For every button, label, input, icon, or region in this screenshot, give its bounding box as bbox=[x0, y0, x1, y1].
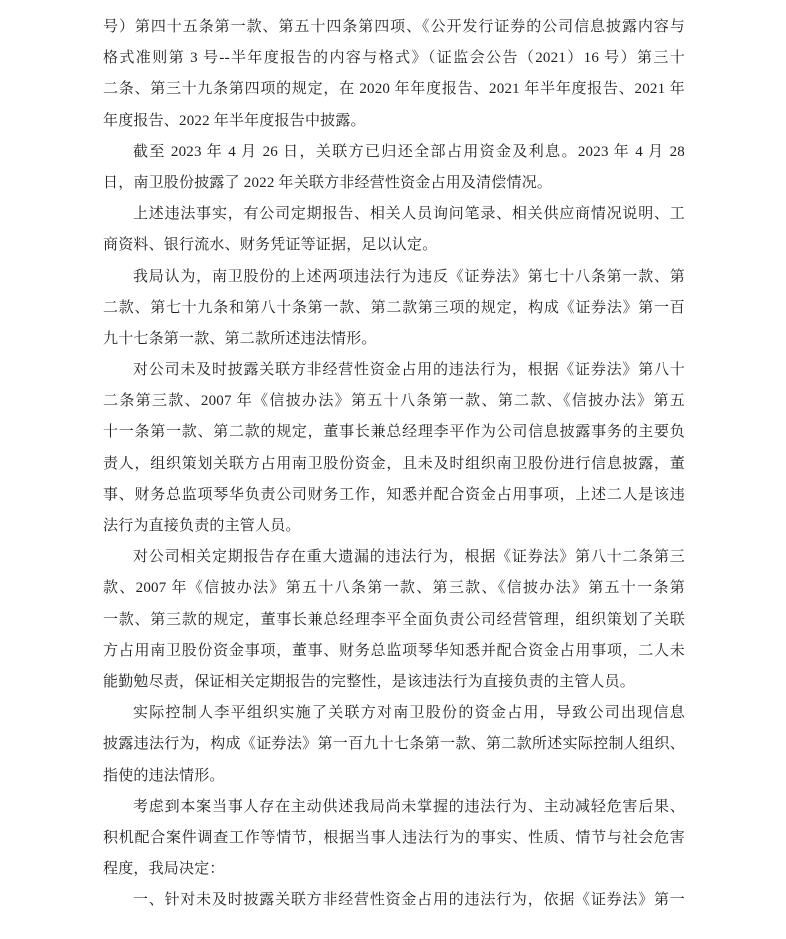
document-line: 年度报告、2022 年半年度报告中披露。 bbox=[103, 106, 685, 137]
paragraph: 对公司相关定期报告存在重大遗漏的违法行为，根据《证券法》第八十二条第三 款、20… bbox=[103, 542, 685, 698]
document-line: 方占用南卫股份资金事项，董事、财务总监项琴华知悉并配合资金占用事项，二人未 bbox=[103, 636, 685, 667]
document-line: 我局认为，南卫股份的上述两项违法行为违反《证券法》第七十八条第一款、第 bbox=[103, 262, 685, 293]
document-line: 实际控制人李平组织实施了关联方对南卫股份的资金占用，导致公司出现信息 bbox=[103, 698, 685, 729]
document-line: 指使的违法情形。 bbox=[103, 761, 685, 792]
document-line: 商资料、银行流水、财务凭证等证据，足以认定。 bbox=[103, 230, 685, 261]
paragraph: 截至 2023 年 4 月 26 日，关联方已归还全部占用资金及利息。2023 … bbox=[103, 137, 685, 199]
document-line: 号）第四十五条第一款、第五十四条第四项、《公开发行证券的公司信息披露内容与 bbox=[103, 12, 685, 43]
document-line: 程度，我局决定： bbox=[103, 854, 685, 885]
document-line: 二款、第七十九条和第八十条第一款、第二款第三项的规定，构成《证券法》第一百 bbox=[103, 293, 685, 324]
paragraph: 对公司未及时披露关联方非经营性资金占用的违法行为，根据《证券法》第八十 二条第三… bbox=[103, 355, 685, 542]
document-line: 截至 2023 年 4 月 26 日，关联方已归还全部占用资金及利息。2023 … bbox=[103, 137, 685, 168]
document-line: 法行为直接负责的主管人员。 bbox=[103, 511, 685, 542]
paragraph: 考虑到本案当事人存在主动供述我局尚未掌握的违法行为、主动减轻危害后果、 积机配合… bbox=[103, 792, 685, 886]
paragraph: 一、针对未及时披露关联方非经营性资金占用的违法行为，依据《证券法》第一 bbox=[103, 885, 685, 916]
document-line: 一款、第三款的规定，董事长兼总经理李平全面负责公司经营管理，组织策划了关联 bbox=[103, 605, 685, 636]
document-line: 责人，组织策划关联方占用南卫股份资金，且未及时组织南卫股份进行信息披露，董 bbox=[103, 449, 685, 480]
document-line: 二条、第三十九条第四项的规定，在 2020 年年度报告、2021 年半年度报告、… bbox=[103, 74, 685, 105]
document-line: 积机配合案件调查工作等情节，根据当事人违法行为的事实、性质、情节与社会危害 bbox=[103, 823, 685, 854]
document-line: 二条第三款、2007 年《信披办法》第五十八条第一款、第二款、《信披办法》第五 bbox=[103, 386, 685, 417]
document-line: 对公司相关定期报告存在重大遗漏的违法行为，根据《证券法》第八十二条第三 bbox=[103, 542, 685, 573]
document-line: 款、2007 年《信披办法》第五十八条第一款、第三款、《信披办法》第五十一条第 bbox=[103, 573, 685, 604]
document-line: 对公司未及时披露关联方非经营性资金占用的违法行为，根据《证券法》第八十 bbox=[103, 355, 685, 386]
paragraph: 实际控制人李平组织实施了关联方对南卫股份的资金占用，导致公司出现信息 披露违法行… bbox=[103, 698, 685, 792]
paragraph: 上述违法事实，有公司定期报告、相关人员询问笔录、相关供应商情况说明、工 商资料、… bbox=[103, 199, 685, 261]
document-line: 日，南卫股份披露了 2022 年关联方非经营性资金占用及清偿情况。 bbox=[103, 168, 685, 199]
paragraph: 号）第四十五条第一款、第五十四条第四项、《公开发行证券的公司信息披露内容与 格式… bbox=[103, 12, 685, 137]
document-line: 十一条第一款、第二款的规定，董事长兼总经理李平作为公司信息披露事务的主要负 bbox=[103, 417, 685, 448]
document-body: 号）第四十五条第一款、第五十四条第四项、《公开发行证券的公司信息披露内容与 格式… bbox=[103, 12, 685, 916]
paragraph: 我局认为，南卫股份的上述两项违法行为违反《证券法》第七十八条第一款、第 二款、第… bbox=[103, 262, 685, 356]
document-line: 一、针对未及时披露关联方非经营性资金占用的违法行为，依据《证券法》第一 bbox=[103, 885, 685, 916]
document-line: 事、财务总监项琴华负责公司财务工作，知悉并配合资金占用事项，上述二人是该违 bbox=[103, 480, 685, 511]
document-page: 号）第四十五条第一款、第五十四条第四项、《公开发行证券的公司信息披露内容与 格式… bbox=[0, 0, 786, 939]
document-line: 披露违法行为，构成《证券法》第一百九十七条第一款、第二款所述实际控制人组织、 bbox=[103, 729, 685, 760]
document-line: 格式准则第 3 号--半年度报告的内容与格式》（证监会公告（2021）16 号）… bbox=[103, 43, 685, 74]
document-line: 考虑到本案当事人存在主动供述我局尚未掌握的违法行为、主动减轻危害后果、 bbox=[103, 792, 685, 823]
document-line: 能勤勉尽责，保证相关定期报告的完整性，是该违法行为直接负责的主管人员。 bbox=[103, 667, 685, 698]
document-line: 上述违法事实，有公司定期报告、相关人员询问笔录、相关供应商情况说明、工 bbox=[103, 199, 685, 230]
document-line: 九十七条第一款、第二款所述违法情形。 bbox=[103, 324, 685, 355]
